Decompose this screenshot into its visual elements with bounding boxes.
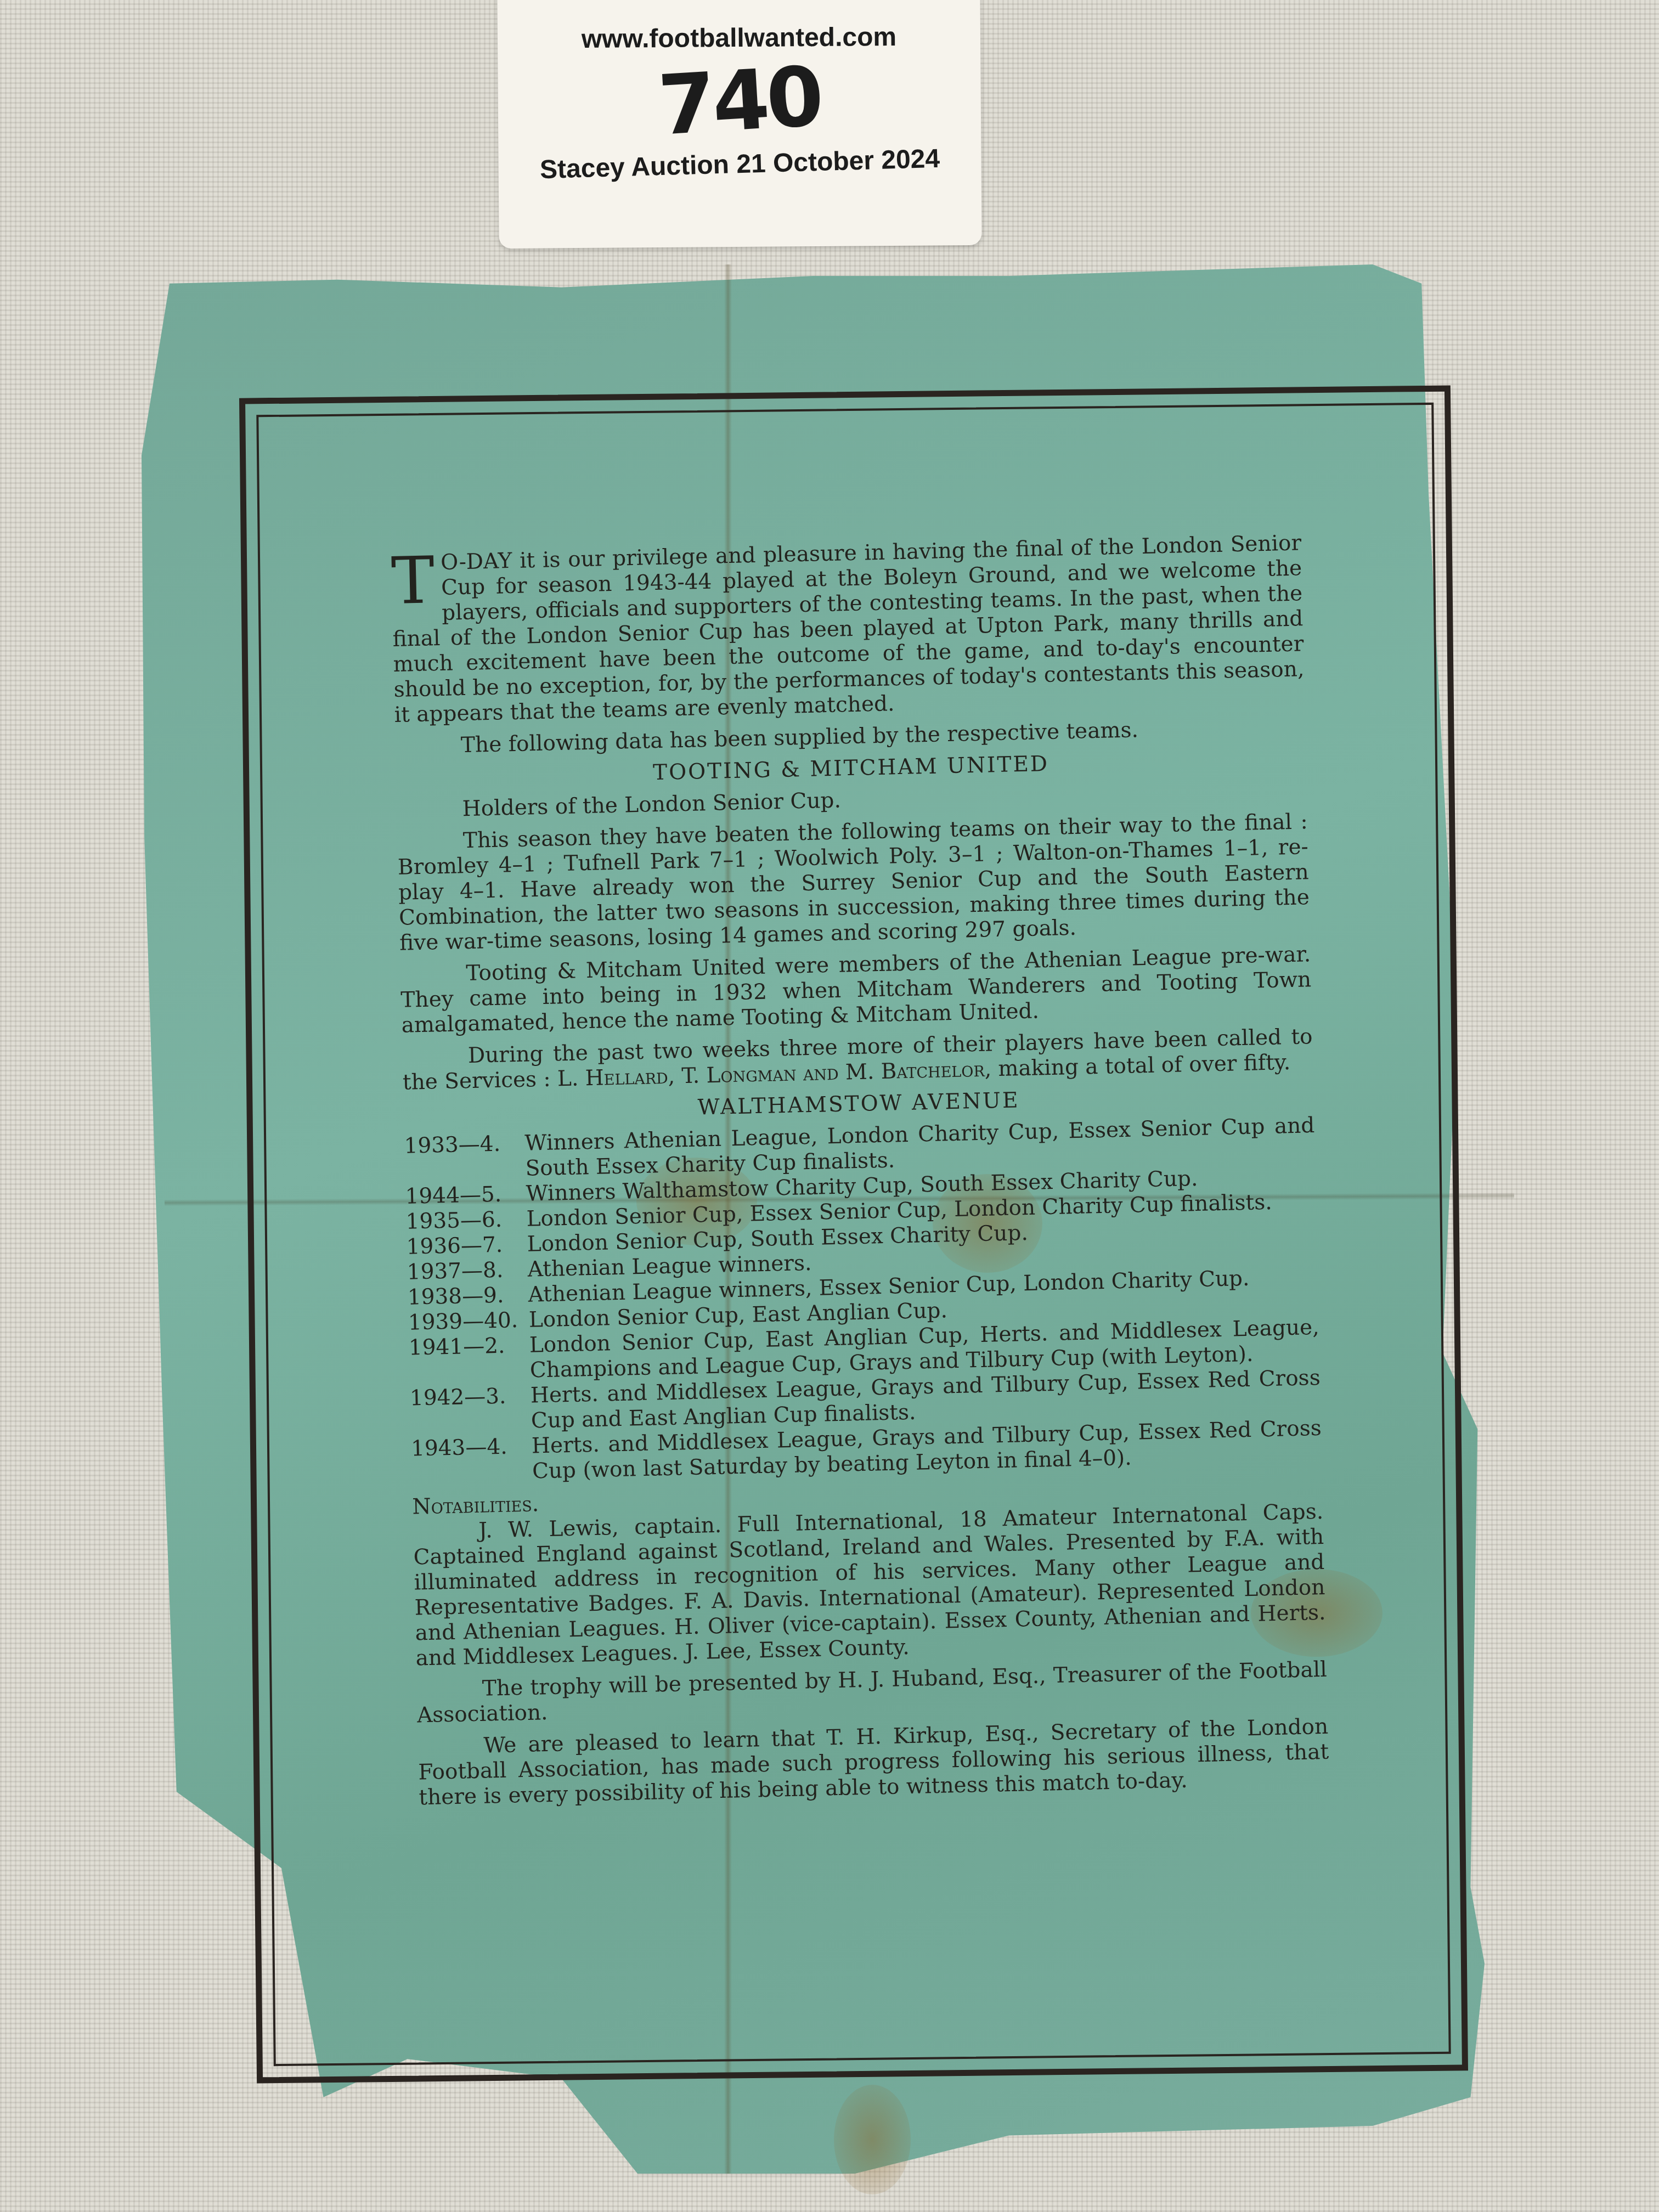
drop-cap: T — [391, 552, 435, 608]
auction-lot-label: www.footballwanted.com 740 Stacey Auctio… — [497, 0, 981, 249]
programme-text: TO-DAY it is our privilege and pleasure … — [391, 531, 1330, 1817]
notabilities-paragraph: J. W. Lewis, captain. Full International… — [413, 1499, 1327, 1672]
team1-paragraph: This season they have beaten the followi… — [397, 809, 1311, 956]
honours-list: 1933—4.Winners Athenian League, London C… — [404, 1113, 1322, 1487]
stain — [834, 2085, 911, 2194]
intro-paragraph: TO-DAY it is our privilege and pleasure … — [391, 531, 1305, 728]
team1-paragraph: Tooting & Mitcham United were members of… — [400, 942, 1312, 1039]
closing-paragraph: We are pleased to learn that T. H. Kirku… — [417, 1714, 1330, 1811]
